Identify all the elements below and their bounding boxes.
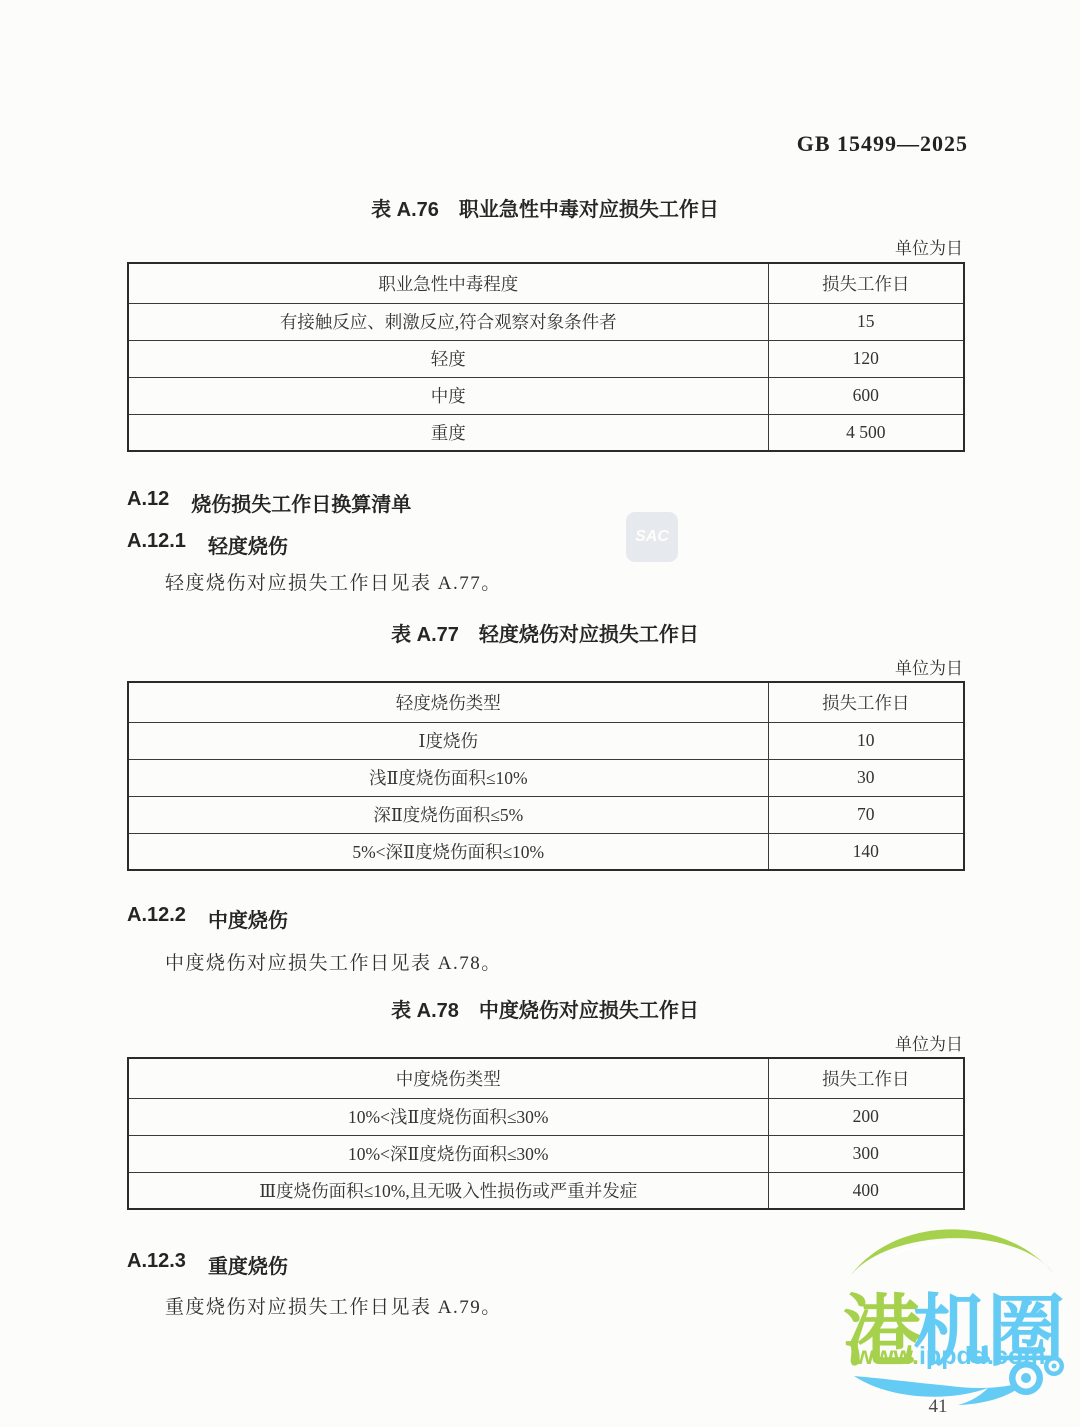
table-a78-label: 表 A.78 <box>391 994 459 1023</box>
wave-curl-small-dot <box>1052 1364 1057 1369</box>
cell-days: 30 <box>768 759 964 796</box>
table-header-row: 职业急性中毒程度 损失工作日 <box>128 263 964 303</box>
section-title: 轻度烧伤 <box>208 530 288 559</box>
table-row: 浅Ⅱ度烧伤面积≤10% 30 <box>128 759 964 796</box>
standard-number: GB 15499—2025 <box>797 131 968 157</box>
sac-watermark-label: SAC <box>635 528 669 546</box>
section-number: A.12.1 <box>127 530 186 559</box>
cell-type: 重度 <box>128 414 768 451</box>
cell-days: 200 <box>768 1098 964 1135</box>
table-row: 有接触反应、刺激反应,符合观察对象条件者 15 <box>128 303 964 340</box>
document-page: GB 15499—2025 表 A.76 职业急性中毒对应损失工作日 单位为日 … <box>0 0 1080 1427</box>
cell-days: 4 500 <box>768 414 964 451</box>
table-a78-title: 表 A.78 中度烧伤对应损失工作日 <box>127 994 963 1023</box>
table-row: 10%<浅Ⅱ度烧伤面积≤30% 200 <box>128 1098 964 1135</box>
section-title: 中度烧伤 <box>208 904 288 933</box>
column-header-days: 损失工作日 <box>768 1058 964 1098</box>
section-heading-a123: A.12.3 重度烧伤 <box>127 1250 288 1279</box>
table-a77-title: 表 A.77 轻度烧伤对应损失工作日 <box>127 618 963 647</box>
cell-type: Ⅲ度烧伤面积≤10%,且无吸入性损伤或严重并发症 <box>128 1172 768 1209</box>
brand-watermark-logo: 港 机 圈 www.ippdd.com <box>830 1218 1070 1408</box>
section-number: A.12 <box>127 488 169 517</box>
cell-days: 600 <box>768 377 964 414</box>
table-a76-label: 表 A.76 <box>371 193 439 222</box>
paragraph-a121: 轻度烧伤对应损失工作日见表 A.77。 <box>165 568 502 595</box>
table-row: 深Ⅱ度烧伤面积≤5% 70 <box>128 796 964 833</box>
column-header-type: 职业急性中毒程度 <box>128 263 768 303</box>
section-heading-a121: A.12.1 轻度烧伤 <box>127 530 288 559</box>
table-row: Ⅰ度烧伤 10 <box>128 722 964 759</box>
unit-label: 单位为日 <box>895 1030 963 1055</box>
table-row: 5%<深Ⅱ度烧伤面积≤10% 140 <box>128 833 964 870</box>
table-a77-label: 表 A.77 <box>391 618 459 647</box>
cell-type: 中度 <box>128 377 768 414</box>
logo-url-prefix: www. <box>854 1342 919 1370</box>
cell-days: 70 <box>768 796 964 833</box>
cell-type: 轻度 <box>128 340 768 377</box>
cell-type: 10%<深Ⅱ度烧伤面积≤30% <box>128 1135 768 1172</box>
section-number: A.12.3 <box>127 1250 186 1279</box>
cell-type: 深Ⅱ度烧伤面积≤5% <box>128 796 768 833</box>
table-header-row: 中度烧伤类型 损失工作日 <box>128 1058 964 1098</box>
cell-type: 5%<深Ⅱ度烧伤面积≤10% <box>128 833 768 870</box>
column-header-days: 损失工作日 <box>768 682 964 722</box>
table-a78: 中度烧伤类型 损失工作日 10%<浅Ⅱ度烧伤面积≤30% 200 10%<深Ⅱ度… <box>127 1057 965 1210</box>
cell-type: 浅Ⅱ度烧伤面积≤10% <box>128 759 768 796</box>
cell-days: 400 <box>768 1172 964 1209</box>
cell-type: 有接触反应、刺激反应,符合观察对象条件者 <box>128 303 768 340</box>
table-a78-caption: 中度烧伤对应损失工作日 <box>479 994 699 1023</box>
cell-days: 10 <box>768 722 964 759</box>
section-title: 烧伤损失工作日换算清单 <box>191 488 411 517</box>
cell-days: 120 <box>768 340 964 377</box>
wave-curl-dot <box>1021 1373 1031 1383</box>
column-header-type: 中度烧伤类型 <box>128 1058 768 1098</box>
cell-type: 10%<浅Ⅱ度烧伤面积≤30% <box>128 1098 768 1135</box>
unit-label: 单位为日 <box>895 234 963 259</box>
unit-label: 单位为日 <box>895 654 963 679</box>
cell-days: 300 <box>768 1135 964 1172</box>
table-row: 10%<深Ⅱ度烧伤面积≤30% 300 <box>128 1135 964 1172</box>
section-title: 重度烧伤 <box>208 1250 288 1279</box>
table-row: 中度 600 <box>128 377 964 414</box>
table-a76-caption: 职业急性中毒对应损失工作日 <box>459 193 719 222</box>
section-number: A.12.2 <box>127 904 186 933</box>
paragraph-a122: 中度烧伤对应损失工作日见表 A.78。 <box>165 948 502 975</box>
page-number: 41 <box>917 1396 959 1418</box>
table-row: 重度 4 500 <box>128 414 964 451</box>
cell-days: 140 <box>768 833 964 870</box>
table-a76: 职业急性中毒程度 损失工作日 有接触反应、刺激反应,符合观察对象条件者 15 轻… <box>127 262 965 452</box>
sac-watermark-icon: SAC <box>626 512 678 562</box>
table-header-row: 轻度烧伤类型 损失工作日 <box>128 682 964 722</box>
table-row: Ⅲ度烧伤面积≤10%,且无吸入性损伤或严重并发症 400 <box>128 1172 964 1209</box>
table-a76-title: 表 A.76 职业急性中毒对应损失工作日 <box>127 193 963 222</box>
column-header-type: 轻度烧伤类型 <box>128 682 768 722</box>
cell-days: 15 <box>768 303 964 340</box>
table-a77: 轻度烧伤类型 损失工作日 Ⅰ度烧伤 10 浅Ⅱ度烧伤面积≤10% 30 深Ⅱ度烧… <box>127 681 965 871</box>
cell-type: Ⅰ度烧伤 <box>128 722 768 759</box>
wave-top-icon <box>846 1229 1054 1282</box>
section-heading-a122: A.12.2 中度烧伤 <box>127 904 288 933</box>
column-header-days: 损失工作日 <box>768 263 964 303</box>
section-heading-a12: A.12 烧伤损失工作日换算清单 <box>127 488 411 517</box>
table-a77-caption: 轻度烧伤对应损失工作日 <box>479 618 699 647</box>
table-row: 轻度 120 <box>128 340 964 377</box>
paragraph-a123: 重度烧伤对应损失工作日见表 A.79。 <box>165 1292 502 1319</box>
